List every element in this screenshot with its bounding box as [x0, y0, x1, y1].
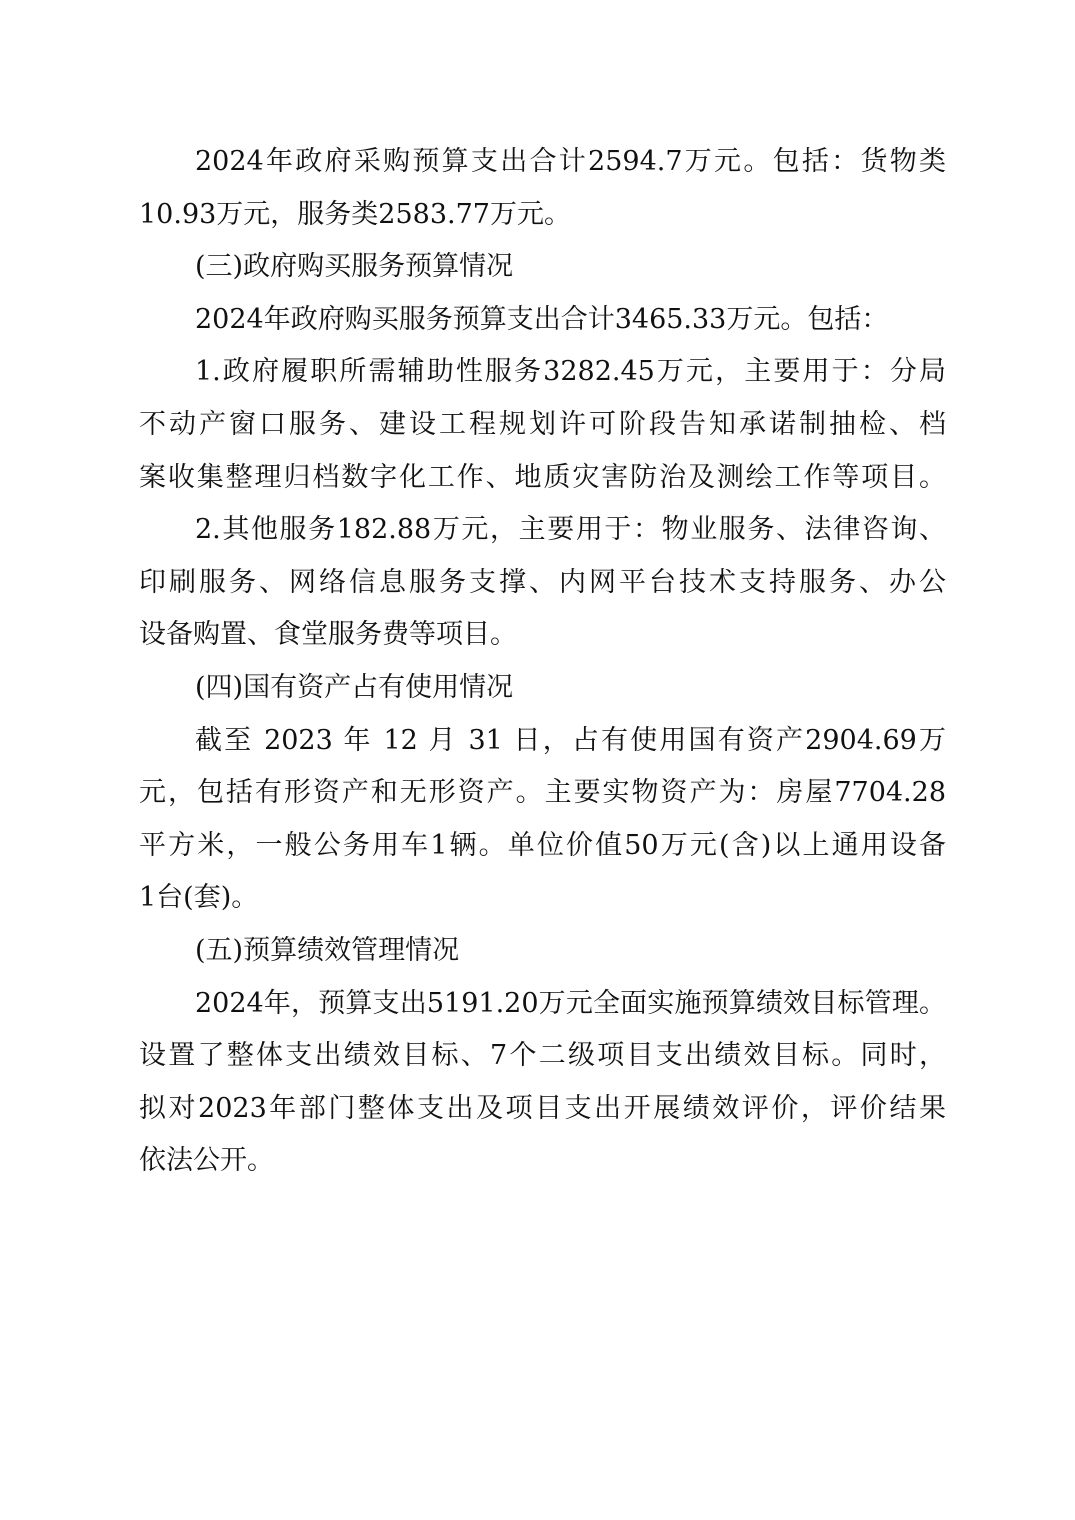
text-line: 设置了整体支出绩效目标、7个二级项目支出绩效目标。同时，	[139, 1030, 946, 1083]
text-line: 不动产窗口服务、建设工程规划许可阶段告知承诺制抽检、档	[139, 399, 946, 452]
text-line: 2024年政府购买服务预算支出合计3465.33万元。包括：	[139, 294, 946, 347]
section-heading-gov-purchase-services: (三)政府购买服务预算情况	[139, 241, 946, 294]
text-line: 案收集整理归档数字化工作、地质灾害防治及测绘工作等项目。	[139, 452, 946, 505]
text-line: 截至 2023 年 12 月 31 日，占有使用国有资产2904.69万	[139, 715, 946, 768]
text-line: 2.其他服务182.88万元，主要用于：物业服务、法律咨询、	[139, 504, 946, 557]
text-line: 设备购置、食堂服务费等项目。	[139, 609, 946, 662]
text-line: 平方米，一般公务用车1辆。单位价值50万元(含)以上通用设备	[139, 820, 946, 873]
text-line: 拟对2023年部门整体支出及项目支出开展绩效评价，评价结果	[139, 1083, 946, 1136]
text-line: (五)预算绩效管理情况	[139, 925, 946, 978]
text-line: 1.政府履职所需辅助性服务3282.45万元，主要用于：分局	[139, 346, 946, 399]
document-body: 2024年政府采购预算支出合计2594.7万元。包括：货物类 10.93万元，服…	[139, 136, 946, 1188]
text-line: 印刷服务、网络信息服务支撑、内网平台技术支持服务、办公	[139, 557, 946, 610]
paragraph-budget-performance-detail: 2024年，预算支出5191.20万元全面实施预算绩效目标管理。 设置了整体支出…	[139, 978, 946, 1188]
text-line: (三)政府购买服务预算情况	[139, 241, 946, 294]
text-line: 10.93万元，服务类2583.77万元。	[139, 189, 946, 242]
text-line: (四)国有资产占有使用情况	[139, 662, 946, 715]
paragraph-procurement-budget: 2024年政府采购预算支出合计2594.7万元。包括：货物类 10.93万元，服…	[139, 136, 946, 241]
section-heading-state-assets: (四)国有资产占有使用情况	[139, 662, 946, 715]
paragraph-auxiliary-services: 1.政府履职所需辅助性服务3282.45万元，主要用于：分局 不动产窗口服务、建…	[139, 346, 946, 504]
section-heading-budget-performance: (五)预算绩效管理情况	[139, 925, 946, 978]
document-page: 2024年政府采购预算支出合计2594.7万元。包括：货物类 10.93万元，服…	[0, 0, 1075, 1520]
text-line: 2024年政府采购预算支出合计2594.7万元。包括：货物类	[139, 136, 946, 189]
paragraph-state-assets-detail: 截至 2023 年 12 月 31 日，占有使用国有资产2904.69万 元，包…	[139, 715, 946, 925]
text-line: 依法公开。	[139, 1135, 946, 1188]
text-line: 1台(套)。	[139, 872, 946, 925]
text-line: 2024年，预算支出5191.20万元全面实施预算绩效目标管理。	[139, 978, 946, 1031]
paragraph-other-services: 2.其他服务182.88万元，主要用于：物业服务、法律咨询、 印刷服务、网络信息…	[139, 504, 946, 662]
text-line: 元，包括有形资产和无形资产。主要实物资产为：房屋7704.28	[139, 767, 946, 820]
paragraph-purchase-services-total: 2024年政府购买服务预算支出合计3465.33万元。包括：	[139, 294, 946, 347]
